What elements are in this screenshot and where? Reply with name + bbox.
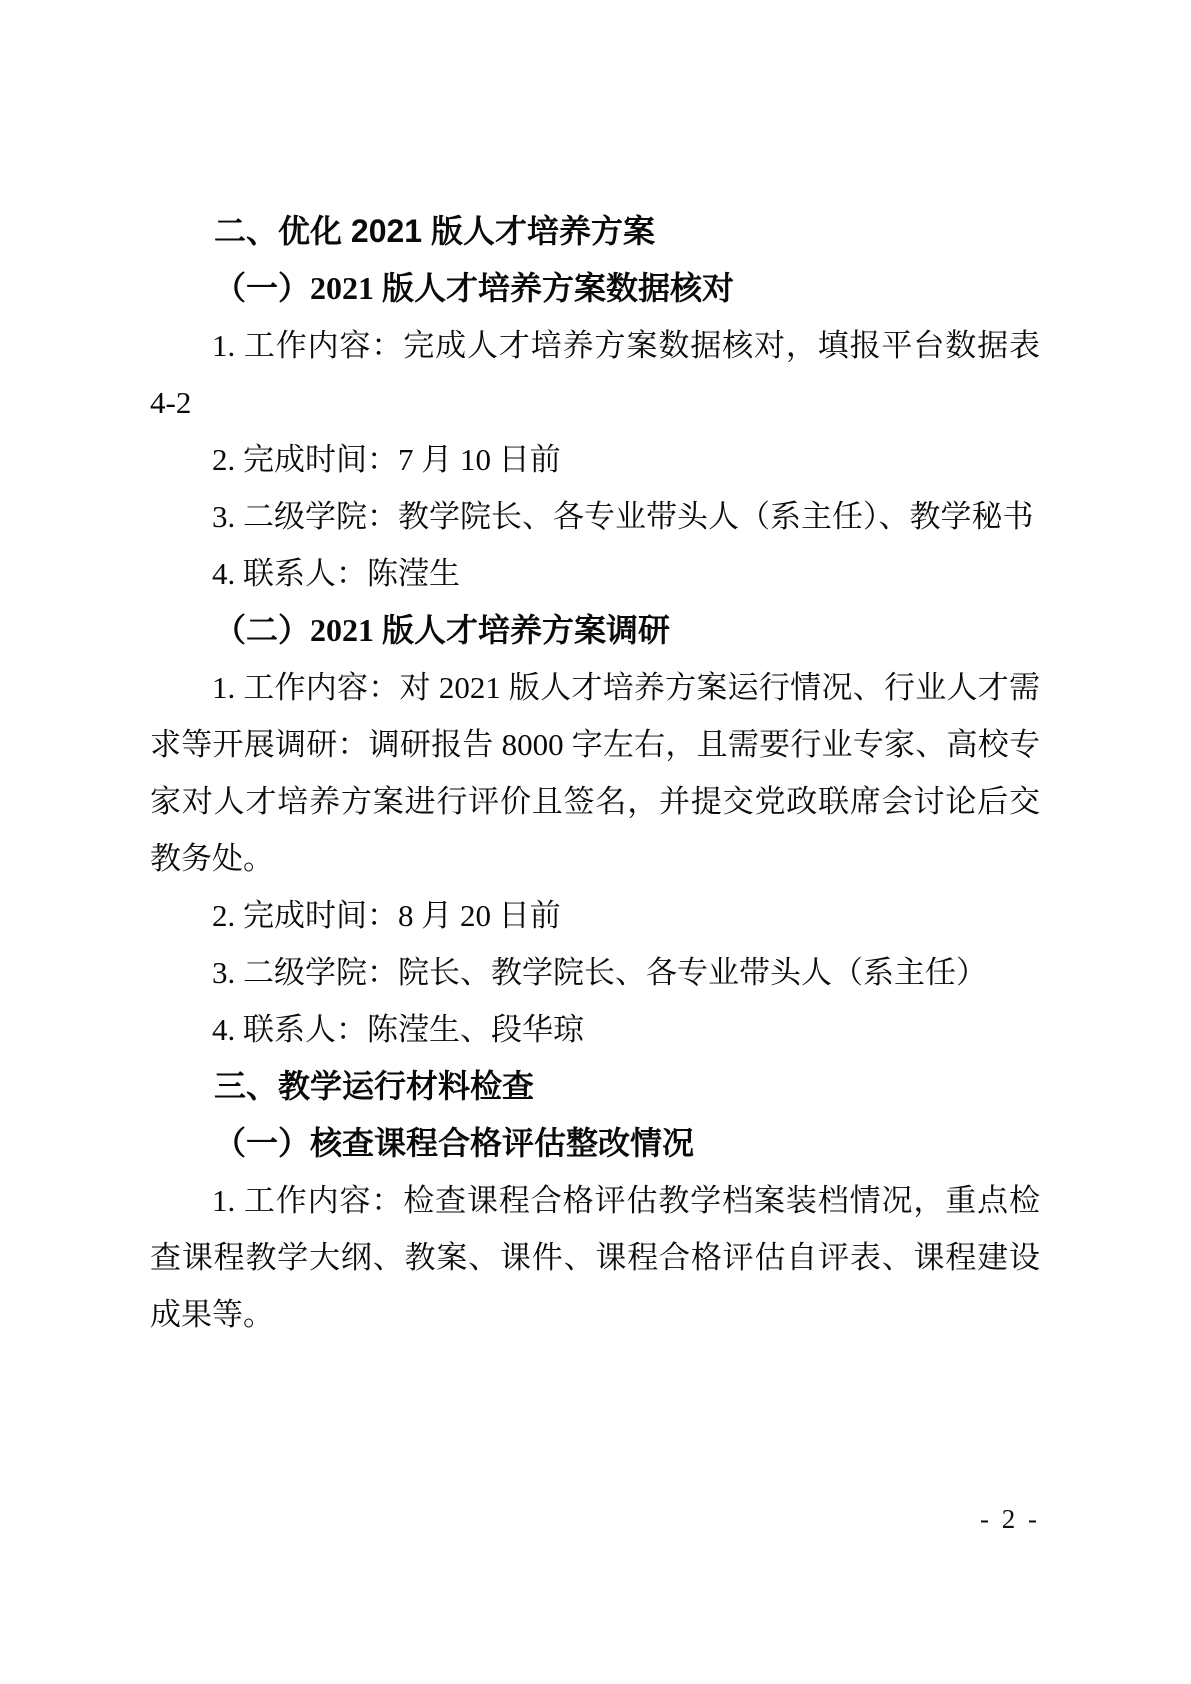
paragraph-deadline: 2. 完成时间：7 月 10 日前 <box>150 431 1040 488</box>
section-heading-3: 三、教学运行材料检查 <box>150 1058 1040 1115</box>
document-body: 二、优化 2021 版人才培养方案 （一）2021 版人才培养方案数据核对 1.… <box>150 203 1040 1343</box>
paragraph-deadline: 2. 完成时间：8 月 20 日前 <box>150 887 1040 944</box>
paragraph-responsible-units: 3. 二级学院：院长、教学院长、各专业带头人（系主任） <box>150 944 1040 1001</box>
section-heading-2: 二、优化 2021 版人才培养方案 <box>150 203 1040 260</box>
paragraph-work-content: 1. 工作内容：完成人才培养方案数据核对，填报平台数据表 4-2 <box>150 317 1040 431</box>
page-number: - 2 - <box>980 1502 1040 1536</box>
paragraph-work-content: 1. 工作内容：检查课程合格评估教学档案装档情况，重点检查课程教学大纲、教案、课… <box>150 1172 1040 1343</box>
paragraph-contact-person: 4. 联系人：陈滢生、段华琼 <box>150 1001 1040 1058</box>
paragraph-work-content: 1. 工作内容：对 2021 版人才培养方案运行情况、行业人才需求等开展调研：调… <box>150 659 1040 887</box>
subsection-heading-2-1: （一）2021 版人才培养方案数据核对 <box>150 260 1040 317</box>
paragraph-responsible-units: 3. 二级学院：教学院长、各专业带头人（系主任）、教学秘书 <box>150 488 1040 545</box>
subsection-heading-2-2: （二）2021 版人才培养方案调研 <box>150 602 1040 659</box>
paragraph-contact-person: 4. 联系人：陈滢生 <box>150 545 1040 602</box>
document-page: 二、优化 2021 版人才培养方案 （一）2021 版人才培养方案数据核对 1.… <box>0 0 1191 1684</box>
subsection-heading-3-1: （一）核查课程合格评估整改情况 <box>150 1115 1040 1172</box>
